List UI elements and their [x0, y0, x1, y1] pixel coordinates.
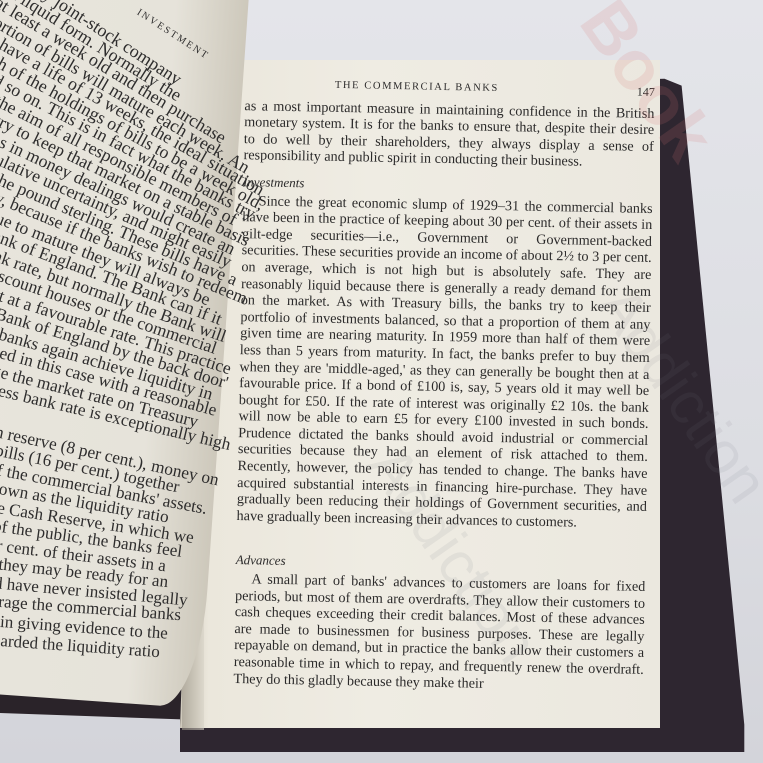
investments-paragraph: Since the great economic slump of 1929–3… [236, 193, 652, 533]
running-head-title: THE COMMERCIAL BANKS [335, 78, 499, 98]
right-page-text: THE COMMERCIAL BANKS 147 as a most impor… [233, 76, 655, 695]
advances-paragraph: A small part of banks' advances to custo… [233, 571, 645, 695]
page-number: 147 [637, 84, 655, 101]
opening-paragraph: as a most important measure in maintaini… [243, 98, 654, 172]
